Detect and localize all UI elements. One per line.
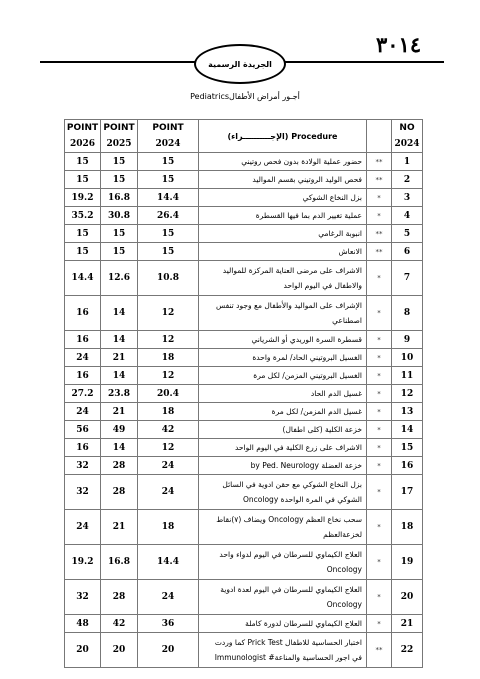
mark-cell: * xyxy=(367,615,392,633)
mark-cell: * xyxy=(367,296,392,331)
point-2024-cell: 20.4 xyxy=(138,385,199,403)
row-number-cell: 4 xyxy=(392,207,423,225)
mark-cell: * xyxy=(367,439,392,457)
procedure-cell: عملية تغيير الدم بما فيها القسطرة xyxy=(199,207,367,225)
point-2025-cell: 30.8 xyxy=(101,207,138,225)
point-2026-cell: 24 xyxy=(65,403,101,421)
point-2024-cell: 15 xyxy=(138,153,199,171)
procedure-cell: قسطرة السرة الوريدي أو الشرياني xyxy=(199,331,367,349)
row-number-cell: 6 xyxy=(392,243,423,261)
mark-cell: * xyxy=(367,331,392,349)
mark-cell: * xyxy=(367,261,392,296)
mark-cell: * xyxy=(367,580,392,615)
point-2026-cell: 15 xyxy=(65,153,101,171)
point-2025-cell: 21 xyxy=(101,403,138,421)
table-row: 19.216.814.4العلاج الكيماوي للسرطان في ا… xyxy=(65,545,423,580)
point-2026-cell: 27.2 xyxy=(65,385,101,403)
point-2024-cell: 24 xyxy=(138,475,199,510)
header-year: 2026 xyxy=(65,136,100,152)
procedure-cell: العلاج الكيماوي للسرطان في اليوم لعدة اد… xyxy=(199,580,367,615)
row-number-cell: 15 xyxy=(392,439,423,457)
row-number-cell: 17 xyxy=(392,475,423,510)
table-row: 242118الغسيل البروتيني الحاد/ لمرة واحدة… xyxy=(65,349,423,367)
row-number-cell: 5 xyxy=(392,225,423,243)
procedure-cell: فحص الوليد الروتيني بقسم المواليد xyxy=(199,171,367,189)
point-2025-cell: 14 xyxy=(101,331,138,349)
table-row: 27.223.820.4غسيل الدم الحاد*12 xyxy=(65,385,423,403)
header-no: NO 2024 xyxy=(392,120,423,153)
table-header-row: POINT 2026 POINT 2025 POINT 2024 Procedu… xyxy=(65,120,423,153)
point-2024-cell: 20 xyxy=(138,633,199,668)
row-number-cell: 12 xyxy=(392,385,423,403)
procedure-cell: اختبار الحساسية للاطفال Prick Test كما و… xyxy=(199,633,367,668)
point-2026-cell: 32 xyxy=(65,475,101,510)
procedure-cell: سحب نخاع العظم Oncology ويضاف (٧)نقاط لخ… xyxy=(199,510,367,545)
table-row: 161412قسطرة السرة الوريدي أو الشرياني*9 xyxy=(65,331,423,349)
point-2025-cell: 28 xyxy=(101,457,138,475)
row-number-cell: 3 xyxy=(392,189,423,207)
row-number-cell: 11 xyxy=(392,367,423,385)
point-2024-cell: 15 xyxy=(138,225,199,243)
point-2026-cell: 35.2 xyxy=(65,207,101,225)
point-2024-cell: 26.4 xyxy=(138,207,199,225)
mark-cell: ** xyxy=(367,243,392,261)
header-point-2024: POINT 2024 xyxy=(138,120,199,153)
point-2025-cell: 14 xyxy=(101,439,138,457)
table-row: 242118غسيل الدم المزمن/ لكل مرة*13 xyxy=(65,403,423,421)
procedure-cell: حضور عملية الولادة بدون فحص روتيني xyxy=(199,153,367,171)
point-2024-cell: 36 xyxy=(138,615,199,633)
row-number-cell: 16 xyxy=(392,457,423,475)
point-2025-cell: 15 xyxy=(101,225,138,243)
mark-cell: * xyxy=(367,421,392,439)
mark-cell: * xyxy=(367,349,392,367)
point-2025-cell: 12.6 xyxy=(101,261,138,296)
point-2026-cell: 19.2 xyxy=(65,189,101,207)
procedure-cell: الغسيل البروتيني الحاد/ لمرة واحدة xyxy=(199,349,367,367)
procedure-fees-table: POINT 2026 POINT 2025 POINT 2024 Procedu… xyxy=(64,119,423,668)
point-2026-cell: 19.2 xyxy=(65,545,101,580)
mark-cell: * xyxy=(367,367,392,385)
header-year: 2024 xyxy=(138,136,198,152)
table-row: 322824بزل النخاع الشوكي مع حقن ادوية في … xyxy=(65,475,423,510)
procedure-cell: غسيل الدم الحاد xyxy=(199,385,367,403)
point-2025-cell: 23.8 xyxy=(101,385,138,403)
row-number-cell: 13 xyxy=(392,403,423,421)
procedure-cell: الغسيل البروتيني المزمن/ لكل مرة xyxy=(199,367,367,385)
mark-cell: * xyxy=(367,475,392,510)
point-2026-cell: 24 xyxy=(65,510,101,545)
point-2025-cell: 21 xyxy=(101,349,138,367)
table-row: 151515انبوبة الرغامي**5 xyxy=(65,225,423,243)
mark-cell: ** xyxy=(367,153,392,171)
row-number-cell: 9 xyxy=(392,331,423,349)
procedure-cell: الاشراف على زرع الكلية في اليوم الواحد xyxy=(199,439,367,457)
point-2024-cell: 12 xyxy=(138,296,199,331)
table-row: 14.412.610.8الاشراف على مرضى العناية الم… xyxy=(65,261,423,296)
table-row: 484236العلاج الكيماوي للسرطان لدورة كامل… xyxy=(65,615,423,633)
procedure-cell: الاشراف على مرضى العناية المركزة للموالي… xyxy=(199,261,367,296)
header-point-2026: POINT 2026 xyxy=(65,120,101,153)
row-number-cell: 14 xyxy=(392,421,423,439)
mark-cell: ** xyxy=(367,171,392,189)
header-label: POINT xyxy=(101,120,137,136)
mark-cell: * xyxy=(367,403,392,421)
point-2025-cell: 21 xyxy=(101,510,138,545)
point-2026-cell: 32 xyxy=(65,580,101,615)
point-2025-cell: 49 xyxy=(101,421,138,439)
mark-cell: * xyxy=(367,457,392,475)
procedure-cell: العلاج الكيماوي للسرطان لدورة كاملة xyxy=(199,615,367,633)
point-2025-cell: 15 xyxy=(101,171,138,189)
point-2025-cell: 14 xyxy=(101,367,138,385)
mark-cell: * xyxy=(367,207,392,225)
point-2026-cell: 14.4 xyxy=(65,261,101,296)
header-label: POINT xyxy=(138,120,198,136)
point-2026-cell: 15 xyxy=(65,243,101,261)
table-row: 202020اختبار الحساسية للاطفال Prick Test… xyxy=(65,633,423,668)
point-2024-cell: 12 xyxy=(138,439,199,457)
point-2024-cell: 18 xyxy=(138,403,199,421)
point-2025-cell: 42 xyxy=(101,615,138,633)
header-label: POINT xyxy=(65,120,100,136)
procedure-cell: بزل النخاع الشوكي xyxy=(199,189,367,207)
table-row: 161412الاشراف على زرع الكلية في اليوم ال… xyxy=(65,439,423,457)
point-2024-cell: 24 xyxy=(138,580,199,615)
point-2025-cell: 16.8 xyxy=(101,545,138,580)
row-number-cell: 19 xyxy=(392,545,423,580)
table-row: 19.216.814.4بزل النخاع الشوكي*3 xyxy=(65,189,423,207)
row-number-cell: 22 xyxy=(392,633,423,668)
row-number-cell: 21 xyxy=(392,615,423,633)
mark-cell: * xyxy=(367,510,392,545)
point-2026-cell: 24 xyxy=(65,349,101,367)
procedure-cell: خزعة الكلية (كلى اطفال) xyxy=(199,421,367,439)
table-row: 151515حضور عملية الولادة بدون فحص روتيني… xyxy=(65,153,423,171)
table-row: 161412الغسيل البروتيني المزمن/ لكل مرة*1… xyxy=(65,367,423,385)
procedure-cell: العلاج الكيماوي للسرطان في اليوم لدواء و… xyxy=(199,545,367,580)
section-subtitle: أجـور أمراض الأطفالPediatrics xyxy=(180,92,310,101)
table-row: 322824خزعة العضلة by Ped. Neurology*16 xyxy=(65,457,423,475)
point-2026-cell: 20 xyxy=(65,633,101,668)
point-2024-cell: 12 xyxy=(138,367,199,385)
mark-cell: * xyxy=(367,385,392,403)
gazette-title: الجريدة الرسمية xyxy=(208,60,272,69)
table-row: 242118سحب نخاع العظم Oncology ويضاف (٧)ن… xyxy=(65,510,423,545)
procedure-cell: خزعة العضلة by Ped. Neurology xyxy=(199,457,367,475)
table-row: 151515الانعاش**6 xyxy=(65,243,423,261)
row-number-cell: 8 xyxy=(392,296,423,331)
point-2026-cell: 16 xyxy=(65,296,101,331)
mark-cell: * xyxy=(367,189,392,207)
header-rule-right xyxy=(283,61,444,63)
point-2024-cell: 10.8 xyxy=(138,261,199,296)
point-2025-cell: 15 xyxy=(101,153,138,171)
point-2026-cell: 56 xyxy=(65,421,101,439)
table-row: 161412الإشراف على المواليد والأطفال مع و… xyxy=(65,296,423,331)
mark-cell: * xyxy=(367,545,392,580)
table-row: 151515فحص الوليد الروتيني بقسم المواليد*… xyxy=(65,171,423,189)
point-2025-cell: 14 xyxy=(101,296,138,331)
point-2024-cell: 18 xyxy=(138,510,199,545)
point-2025-cell: 16.8 xyxy=(101,189,138,207)
point-2024-cell: 14.4 xyxy=(138,189,199,207)
header-label: NO xyxy=(392,120,422,136)
table-row: 322824العلاج الكيماوي للسرطان في اليوم ل… xyxy=(65,580,423,615)
header-point-2025: POINT 2025 xyxy=(101,120,138,153)
point-2024-cell: 18 xyxy=(138,349,199,367)
page-number: ٣٠١٤ xyxy=(376,32,421,57)
procedure-cell: الإشراف على المواليد والأطفال مع وجود تن… xyxy=(199,296,367,331)
gazette-title-oval: الجريدة الرسمية xyxy=(194,44,286,84)
procedure-cell: الانعاش xyxy=(199,243,367,261)
point-2024-cell: 15 xyxy=(138,171,199,189)
point-2026-cell: 16 xyxy=(65,367,101,385)
row-number-cell: 1 xyxy=(392,153,423,171)
point-2026-cell: 16 xyxy=(65,439,101,457)
header-year: 2025 xyxy=(101,136,137,152)
point-2025-cell: 20 xyxy=(101,633,138,668)
point-2026-cell: 15 xyxy=(65,225,101,243)
point-2024-cell: 12 xyxy=(138,331,199,349)
mark-cell: ** xyxy=(367,225,392,243)
point-2025-cell: 15 xyxy=(101,243,138,261)
procedure-cell: بزل النخاع الشوكي مع حقن ادوية في السائل… xyxy=(199,475,367,510)
mark-cell: ** xyxy=(367,633,392,668)
point-2024-cell: 42 xyxy=(138,421,199,439)
row-number-cell: 18 xyxy=(392,510,423,545)
table-row: 35.230.826.4عملية تغيير الدم بما فيها ال… xyxy=(65,207,423,225)
table-row: 564942خزعة الكلية (كلى اطفال)*14 xyxy=(65,421,423,439)
point-2025-cell: 28 xyxy=(101,580,138,615)
point-2024-cell: 24 xyxy=(138,457,199,475)
point-2026-cell: 15 xyxy=(65,171,101,189)
point-2026-cell: 32 xyxy=(65,457,101,475)
point-2026-cell: 48 xyxy=(65,615,101,633)
procedure-cell: غسيل الدم المزمن/ لكل مرة xyxy=(199,403,367,421)
point-2024-cell: 15 xyxy=(138,243,199,261)
row-number-cell: 7 xyxy=(392,261,423,296)
header-procedure: Procedure (الإجــــــــــراء) xyxy=(199,120,367,153)
row-number-cell: 10 xyxy=(392,349,423,367)
header-mark xyxy=(367,120,392,153)
row-number-cell: 2 xyxy=(392,171,423,189)
procedure-cell: انبوبة الرغامي xyxy=(199,225,367,243)
row-number-cell: 20 xyxy=(392,580,423,615)
point-2026-cell: 16 xyxy=(65,331,101,349)
header-year: 2024 xyxy=(392,136,422,152)
point-2024-cell: 14.4 xyxy=(138,545,199,580)
point-2025-cell: 28 xyxy=(101,475,138,510)
header-rule-left xyxy=(40,61,195,63)
